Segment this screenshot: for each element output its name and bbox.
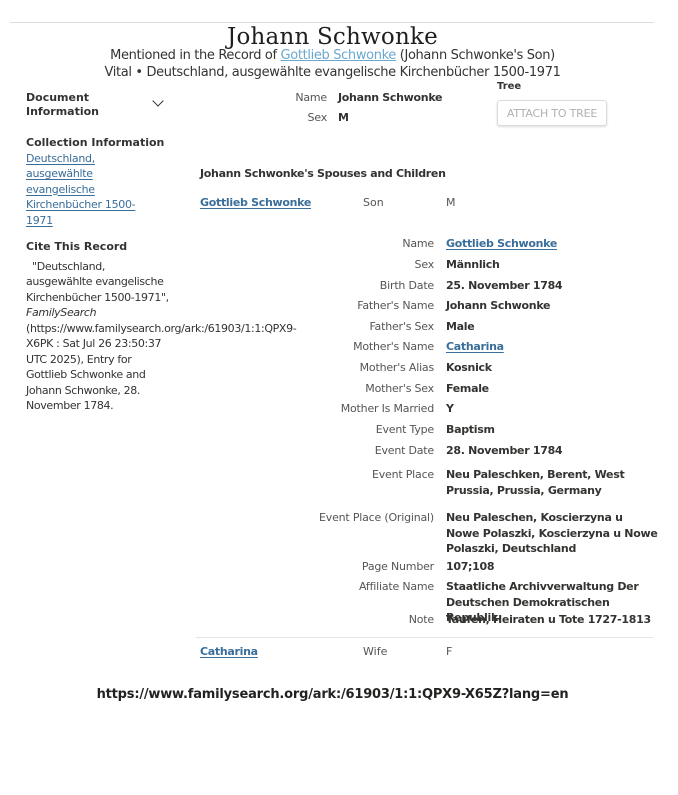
spouses-children-heading: Johann Schwonke's Spouses and Children bbox=[200, 167, 446, 180]
detail-label: Name bbox=[402, 236, 434, 252]
detail-label: Event Place (Original) bbox=[319, 510, 434, 526]
collection-subtitle: Vital • Deutschland, ausgewählte evangel… bbox=[0, 65, 665, 80]
detail-label: Event Type bbox=[376, 422, 434, 438]
document-info-toggle[interactable]: Document Information bbox=[26, 91, 146, 118]
relative-relationship: Wife bbox=[363, 644, 387, 660]
detail-value: 25. November 1784 bbox=[446, 278, 658, 294]
collection-link[interactable]: Deutschland, ausgewählte evangelische Ki… bbox=[26, 151, 144, 229]
relative-row[interactable]: Catharina Wife F bbox=[200, 644, 655, 662]
detail-value: Y bbox=[446, 401, 658, 417]
relative-relationship: Son bbox=[363, 195, 384, 211]
detail-label: Page Number bbox=[362, 559, 434, 575]
relatives-divider bbox=[196, 637, 653, 638]
detail-value: Baptism bbox=[446, 422, 658, 438]
collection-info-heading: Collection Information bbox=[26, 135, 176, 151]
attach-to-tree-button[interactable]: ATTACH TO TREE bbox=[497, 100, 607, 126]
detail-value: Male bbox=[446, 319, 658, 335]
top-divider bbox=[10, 22, 654, 23]
relative-sex: M bbox=[446, 195, 456, 211]
record-url: https://www.familysearch.org/ark:/61903/… bbox=[0, 687, 665, 702]
primary-person-link[interactable]: Gottlieb Schwonke bbox=[281, 48, 396, 63]
cite-heading: Cite This Record bbox=[26, 239, 176, 255]
detail-value: Johann Schwonke bbox=[446, 298, 658, 314]
detail-value: Kosnick bbox=[446, 360, 658, 376]
page-title: Johann Schwonke bbox=[0, 24, 665, 50]
relative-row[interactable]: Gottlieb Schwonke Son M bbox=[200, 195, 655, 213]
detail-label: Affiliate Name bbox=[359, 579, 434, 595]
detail-label: Father's Name bbox=[357, 298, 434, 314]
detail-label: Event Date bbox=[375, 443, 434, 459]
detail-label: Mother's Alias bbox=[360, 360, 434, 376]
detail-value: Männlich bbox=[446, 257, 658, 273]
detail-value: Neu Paleschken, Berent, West Prussia, Pr… bbox=[446, 467, 658, 498]
relative-name-link[interactable]: Catharina bbox=[200, 644, 258, 660]
document-info-label: Document Information bbox=[26, 91, 99, 118]
relative-sex: F bbox=[446, 644, 452, 660]
detail-label: Birth Date bbox=[380, 278, 434, 294]
detail-value: Taufen, Heiraten u Tote 1727-1813 bbox=[446, 612, 658, 628]
detail-label: Note bbox=[409, 612, 434, 628]
detail-value: 28. November 1784 bbox=[446, 443, 658, 459]
detail-label: Mother Is Married bbox=[341, 401, 434, 417]
detail-label: Event Place bbox=[372, 467, 434, 483]
detail-label: Sex bbox=[415, 257, 434, 273]
detail-value-link[interactable]: Catharina bbox=[446, 339, 658, 355]
citation-text: "Deutschland, ausgewählte evangelische K… bbox=[26, 259, 171, 414]
detail-value-link[interactable]: Gottlieb Schwonke bbox=[446, 236, 658, 252]
detail-value: Female bbox=[446, 381, 658, 397]
sidebar: Document Information Collection Informat… bbox=[26, 90, 176, 414]
detail-label: Mother's Name bbox=[353, 339, 434, 355]
mentioned-suffix: (Johann Schwonke's Son) bbox=[396, 48, 555, 63]
detail-value: Neu Paleschen, Koscierzyna u Nowe Polasz… bbox=[446, 510, 658, 557]
detail-value: 107;108 bbox=[446, 559, 658, 575]
relative-name-link[interactable]: Gottlieb Schwonke bbox=[200, 195, 311, 211]
mentioned-in-line: Mentioned in the Record of Gottlieb Schw… bbox=[0, 48, 665, 63]
detail-label: Mother's Sex bbox=[365, 381, 434, 397]
detail-label: Father's Sex bbox=[369, 319, 434, 335]
chevron-down-icon[interactable] bbox=[152, 95, 163, 106]
citation-familysearch: FamilySearch bbox=[26, 306, 96, 319]
mentioned-prefix: Mentioned in the Record of bbox=[110, 48, 280, 63]
tree-label: Tree bbox=[497, 81, 521, 92]
